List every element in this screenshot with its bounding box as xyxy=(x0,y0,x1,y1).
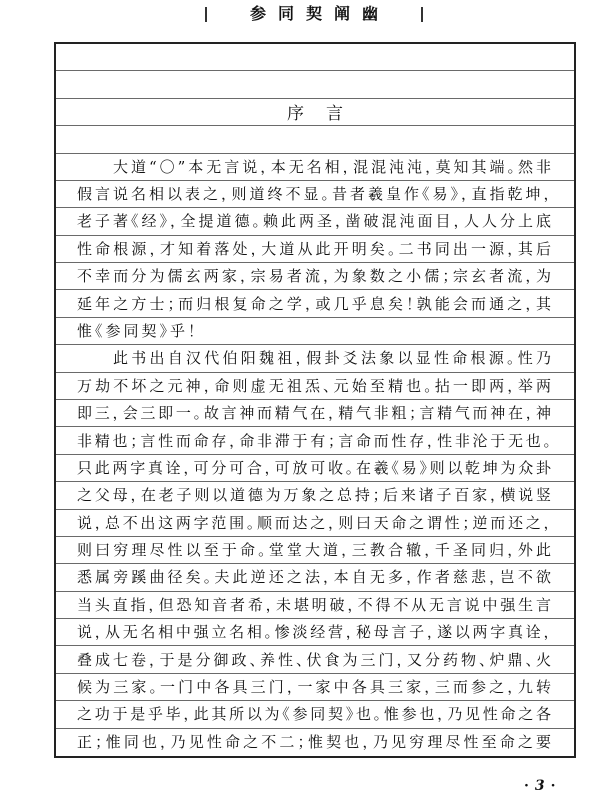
text-line: 延年之方士；而归根复命之学，或几乎息矣！孰能会而通之，其 xyxy=(77,296,551,312)
text-row: 惟《参同契》乎！ xyxy=(56,318,574,345)
paragraph-first-line: 此书出自汉代伯阳魏祖，假卦爻法象以显性命根源。性乃 xyxy=(77,350,551,366)
text-row: 说，从无名相中强立名相。惨淡经营，秘母言子，遂以两字真诠， xyxy=(56,619,574,646)
text-row: 候为三家。一门中各具三门，一家中各具三家，三而参之，九转 xyxy=(56,674,574,701)
text-line: 之功于是乎毕，此其所以为《参同契》也。惟参也，乃见性命之各 xyxy=(77,706,551,722)
blank-row xyxy=(56,71,574,98)
text-row: 不幸而分为儒玄两家，宗易者流，为象数之小儒；宗玄者流，为 xyxy=(56,263,574,290)
blank-row xyxy=(56,44,574,71)
section-title-row: 序言 xyxy=(56,99,574,126)
text-line: 非精也；言性而命存，命非滞于有；言命而性存，性非沦于无也。 xyxy=(77,433,551,449)
text-line: 万劫不坏之元神，命则虚无祖炁、元始至精也。拈一即两，举两 xyxy=(77,378,551,394)
page-number-value: 3 xyxy=(535,778,545,794)
text-row: 悉属旁蹊曲径矣。夫此逆还之法，本自无多，作者慈悲，岂不欲 xyxy=(56,564,574,591)
text-line: 即三，会三即一。故言神而精气在，精气非粗；言精气而神在，神 xyxy=(77,405,551,421)
text-row: 说，总不出这两字范围。顺而达之，则曰天命之谓性；逆而还之， xyxy=(56,510,574,537)
text-row: 万劫不坏之元神，命则虚无祖炁、元始至精也。拈一即两，举两 xyxy=(56,373,574,400)
text-line: 候为三家。一门中各具三门，一家中各具三家，三而参之，九转 xyxy=(77,679,551,695)
blank-row xyxy=(56,126,574,153)
text-line: 不幸而分为儒玄两家，宗易者流，为象数之小儒；宗玄者流，为 xyxy=(77,268,551,284)
paragraph-last-line: 惟《参同契》乎！ xyxy=(77,323,551,339)
text-row: 大道“〇”本无言说，本无名相，混混沌沌，莫知其端。然非 xyxy=(56,154,574,181)
text-line: 正；惟同也，乃见性命之不二；惟契也，乃见穷理尽性至命之要 xyxy=(77,734,551,750)
text-line: 性命根源，才知着落处，大道从此开明矣。二书同出一源，其后 xyxy=(77,241,551,257)
text-row: 之功于是乎毕，此其所以为《参同契》也。惟参也，乃见性命之各 xyxy=(56,701,574,728)
text-line: 悉属旁蹊曲径矣。夫此逆还之法，本自无多，作者慈悲，岂不欲 xyxy=(77,569,551,585)
section-title: 序言 xyxy=(287,105,365,123)
text-line: 假言说名相以表之，则道终不显。昔者羲皇作《易》，直指乾坤， xyxy=(77,186,551,202)
folio-dot-left: · xyxy=(524,778,529,794)
text-line: 则曰穷理尽性以至于命。堂堂大道，三教合辙，千圣同归，外此 xyxy=(77,542,551,558)
text-row: 延年之方士；而归根复命之学，或几乎息矣！孰能会而通之，其 xyxy=(56,290,574,317)
page-number: ·3· xyxy=(524,778,556,794)
text-row: 即三，会三即一。故言神而精气在，精气非粗；言精气而神在，神 xyxy=(56,400,574,427)
text-line: 说，从无名相中强立名相。惨淡经营，秘母言子，遂以两字真诠， xyxy=(77,624,551,640)
text-line: 当头直指，但恐知音者希，未堪明破，不得不从无言说中强生言 xyxy=(77,597,551,613)
text-row: 叠成七卷，于是分御政、养性、伏食为三门，又分药物、炉鼎、火 xyxy=(56,646,574,673)
text-row: 老子著《经》，全提道德。赖此两圣，凿破混沌面目，人人分上底 xyxy=(56,208,574,235)
text-row: 则曰穷理尽性以至于命。堂堂大道，三教合辙，千圣同归，外此 xyxy=(56,537,574,564)
text-line: 只此两字真诠，可分可合，可放可收。在羲《易》则以乾坤为众卦 xyxy=(77,460,551,476)
text-line: 老子著《经》，全提道德。赖此两圣，凿破混沌面目，人人分上底 xyxy=(77,213,551,229)
text-row: 当头直指，但恐知音者希，未堪明破，不得不从无言说中强生言 xyxy=(56,592,574,619)
paragraph-first-line: 大道“〇”本无言说，本无名相，混混沌沌，莫知其端。然非 xyxy=(77,159,551,175)
text-row: 之父母，在老子则以道德为万象之总持；后来诸子百家，横说竖 xyxy=(56,482,574,509)
text-line: 之父母，在老子则以道德为万象之总持；后来诸子百家，横说竖 xyxy=(77,487,551,503)
text-row: 正；惟同也，乃见性命之不二；惟契也，乃见穷理尽性至命之要 xyxy=(56,729,574,756)
text-row: 只此两字真诠，可分可合，可放可收。在羲《易》则以乾坤为众卦 xyxy=(56,455,574,482)
running-head-left-rule xyxy=(205,7,207,22)
text-row: 此书出自汉代伯阳魏祖，假卦爻法象以显性命根源。性乃 xyxy=(56,345,574,372)
text-row: 非精也；言性而命存，命非滞于有；言命而性存，性非沦于无也。 xyxy=(56,427,574,454)
text-row: 性命根源，才知着落处，大道从此开明矣。二书同出一源，其后 xyxy=(56,236,574,263)
ruled-text-frame: 序言 大道“〇”本无言说，本无名相，混混沌沌，莫知其端。然非 假言说名相以表之，… xyxy=(54,42,576,758)
running-head-title: 参同契阐幽 xyxy=(250,5,390,23)
text-row: 假言说名相以表之，则道终不显。昔者羲皇作《易》，直指乾坤， xyxy=(56,181,574,208)
running-head-right-rule xyxy=(421,7,423,22)
text-line: 叠成七卷，于是分御政、养性、伏食为三门，又分药物、炉鼎、火 xyxy=(77,652,551,668)
text-line: 说，总不出这两字范围。顺而达之，则曰天命之谓性；逆而还之， xyxy=(77,515,551,531)
folio-dot-right: · xyxy=(551,778,556,794)
